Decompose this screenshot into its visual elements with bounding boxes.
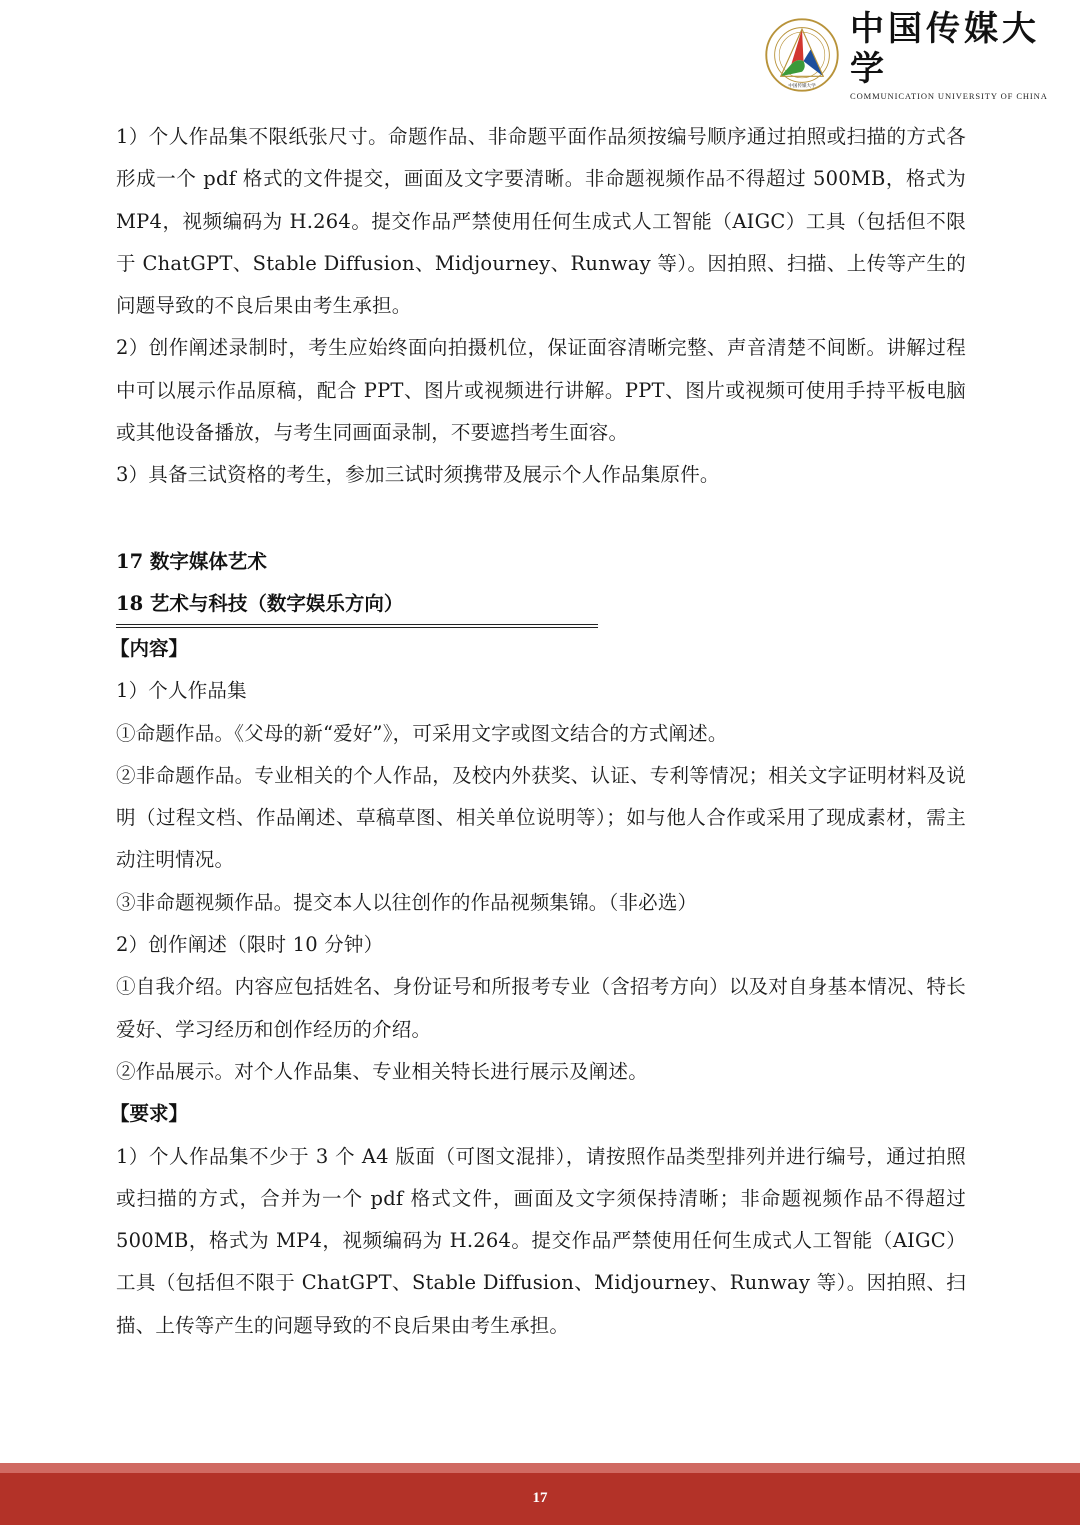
logo-chinese-name: 中国传媒大学	[850, 9, 1054, 89]
content-item: ②非命题作品。专业相关的个人作品，及校内外获奖、认证、专利等情况；相关文字证明材…	[116, 755, 966, 882]
section-heading: 17 数字媒体艺术	[116, 541, 966, 583]
logo-english-name: COMMUNICATION UNIVERSITY OF CHINA	[850, 91, 1054, 101]
section-heading-text: 18 艺术与科技（数字娱乐方向）	[116, 584, 598, 628]
requirement-item: 1）个人作品集不少于 3 个 A4 版面（可图文混排），请按照作品类型排列并进行…	[116, 1136, 966, 1347]
paragraph: 2）创作阐述录制时，考生应始终面向拍摄机位，保证面容清晰完整、声音清楚不间断。讲…	[116, 327, 966, 454]
paragraph: 1）个人作品集不限纸张尺寸。命题作品、非命题平面作品须按编号顺序通过拍照或扫描的…	[116, 116, 966, 327]
university-logo: 中国传媒大学 中国传媒大学 COMMUNICATION UNIVERSITY O…	[764, 14, 1054, 96]
page-number: 17	[533, 1490, 548, 1507]
requirements-label: 【要求】	[110, 1093, 966, 1135]
content-label: 【内容】	[110, 628, 966, 670]
content-item: 2）创作阐述（限时 10 分钟）	[116, 924, 966, 966]
content-item: ①命题作品。《父母的新“爱好”》，可采用文字或图文结合的方式阐述。	[116, 713, 966, 755]
content-item: ③非命题视频作品。提交本人以往创作的作品视频集锦。（非必选）	[116, 882, 966, 924]
content-item: 1）个人作品集	[116, 670, 966, 712]
document-body: 1）个人作品集不限纸张尺寸。命题作品、非命题平面作品须按编号顺序通过拍照或扫描的…	[116, 116, 966, 1347]
content-item: ②作品展示。对个人作品集、专业相关特长进行展示及阐述。	[116, 1051, 966, 1093]
paragraph: 3）具备三试资格的考生，参加三试时须携带及展示个人作品集原件。	[116, 454, 966, 496]
section-heading-underlined: 18 艺术与科技（数字娱乐方向）	[116, 583, 966, 628]
spacer	[116, 497, 966, 541]
university-emblem-icon: 中国传媒大学	[764, 17, 840, 93]
content-item: ①自我介绍。内容应包括姓名、身份证号和所报考专业（含招考方向）以及对自身基本情况…	[116, 966, 966, 1051]
footer-accent-band	[0, 1463, 1080, 1473]
footer-band: 17	[0, 1473, 1080, 1525]
